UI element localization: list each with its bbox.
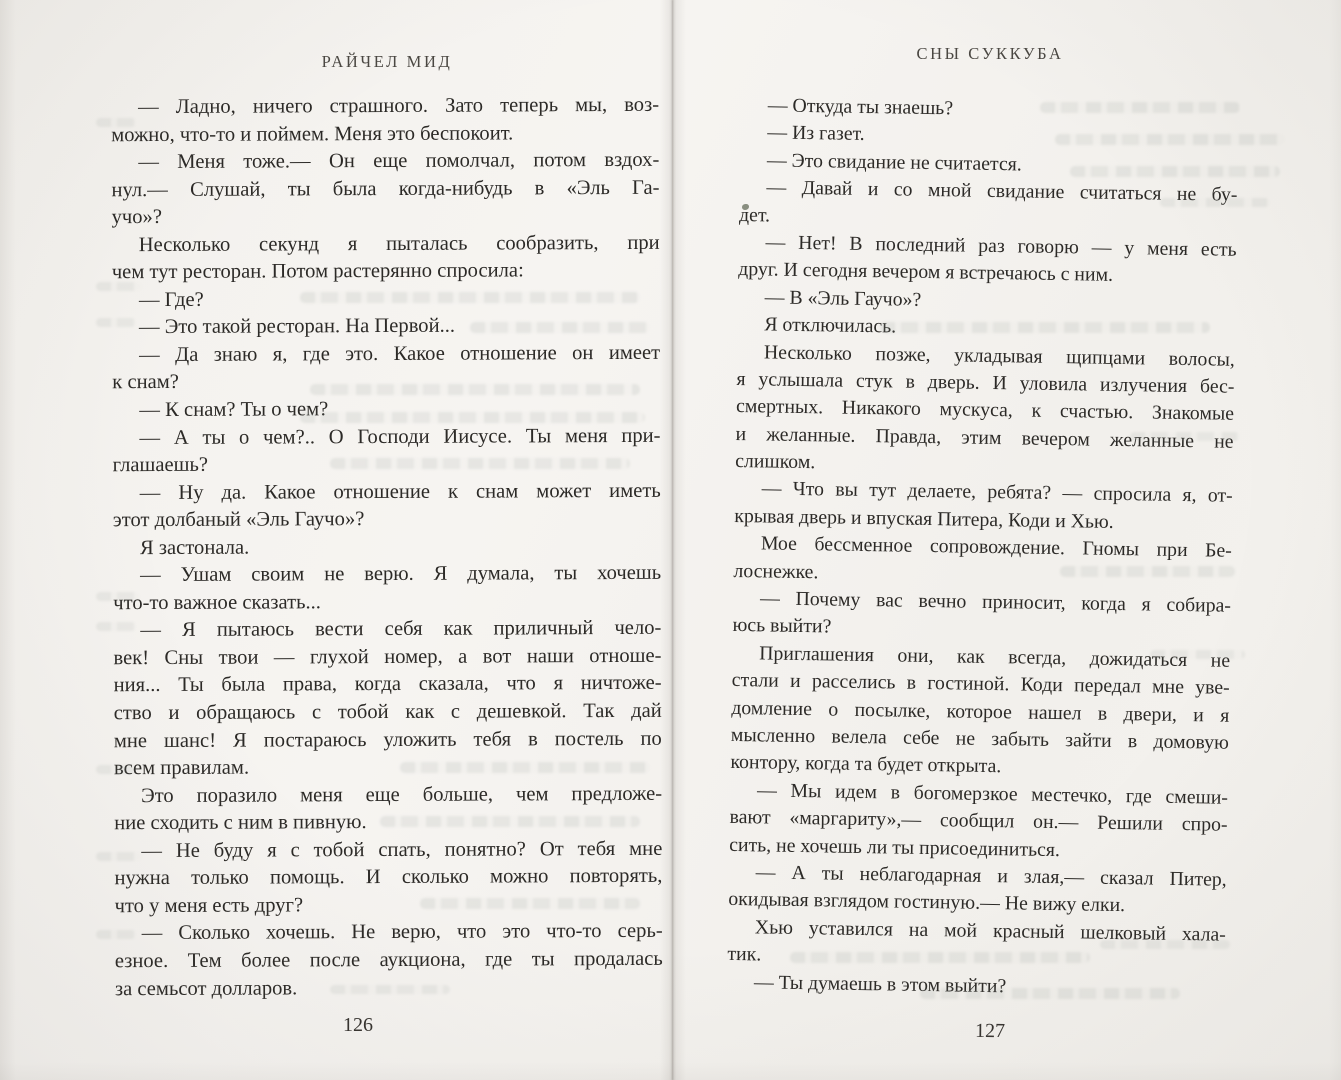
text-line: Несколько секунд я пыталась сообразить, … — [112, 230, 660, 260]
text-line: ния... Ты была права, когда сказала, что… — [114, 670, 662, 700]
text-line: — Где? — [112, 285, 660, 315]
left-page: РАЙЧЕЛ МИД — Ладно, ничего страшного. За… — [0, 0, 672, 1080]
page-number-left: 126 — [113, 1014, 603, 1037]
text-line: — Я пытаюсь вести себя как приличный чел… — [113, 615, 661, 645]
right-page-text: — Откуда ты знаешь?— Из газет.— Это свид… — [727, 92, 1239, 1004]
text-line: чем тут ресторан. Потом растерянно спрос… — [112, 257, 660, 287]
text-line: что-то важное сказать... — [113, 588, 661, 618]
text-line: — Ладно, ничего страшного. Зато теперь м… — [111, 92, 659, 122]
text-line: ние сходить с ним в пивную. — [114, 808, 662, 838]
text-line: глашаешь? — [113, 450, 661, 480]
text-line: учо»? — [112, 202, 660, 232]
text-line: мне шанс! Я постараюсь уложить тебя в по… — [114, 725, 662, 755]
text-line: Я застонала. — [113, 533, 661, 563]
text-line: всем правилам. — [114, 753, 662, 783]
text-line: — К снам? Ты о чем? — [112, 395, 660, 425]
text-line: — Ушам своим не верю. Я думала, ты хочеш… — [113, 560, 661, 590]
book-spread-photo: РАЙЧЕЛ МИД — Ладно, ничего страшного. За… — [0, 0, 1341, 1080]
text-line: нужна только помощь. И сколько можно пов… — [114, 863, 662, 893]
text-line: что у меня есть друг? — [115, 891, 663, 921]
running-head-title: СНЫ СУККУБА — [741, 44, 1239, 64]
page-number-right: 127 — [741, 1017, 1239, 1045]
text-line: — Это такой ресторан. На Первой... — [112, 312, 660, 342]
text-line: к снам? — [112, 367, 660, 397]
text-line: нул.— Слушай, ты была когда-нибудь в «Эл… — [111, 174, 659, 204]
text-line: — Ну да. Какое отношение к снам может им… — [113, 477, 661, 507]
running-head-author: РАЙЧЕЛ МИД — [113, 52, 661, 72]
right-page: СНЫ СУККУБА — Откуда ты знаешь?— Из газе… — [672, 0, 1341, 1080]
text-line: езное. Тем более после аукциона, где ты … — [115, 946, 663, 976]
text-line: век! Сны твои — глухой номер, а вот наши… — [113, 643, 661, 673]
text-line: — Сколько хочешь. Не верю, что это что-т… — [115, 918, 663, 948]
text-line: Это поразило меня еще больше, чем предло… — [114, 780, 662, 810]
text-line: ство и обращаюсь с тобой как с дешевкой.… — [114, 698, 662, 728]
text-line: этот долбаный «Эль Гаучо»? — [113, 505, 661, 535]
text-line: — А ты о чем?.. О Господи Иисусе. Ты мен… — [112, 422, 660, 452]
text-line: за семьсот долларов. — [115, 973, 663, 1003]
text-line: — Меня тоже.— Он еще помолчал, потом взд… — [111, 147, 659, 177]
text-line: можно, что-то и поймем. Меня это беспоко… — [111, 119, 659, 149]
text-line: — Не буду я с тобой спать, понятно? От т… — [114, 836, 662, 866]
left-page-text: — Ладно, ничего страшного. Зато теперь м… — [111, 92, 663, 1003]
text-line: — Да знаю я, где это. Какое отношение он… — [112, 340, 660, 370]
